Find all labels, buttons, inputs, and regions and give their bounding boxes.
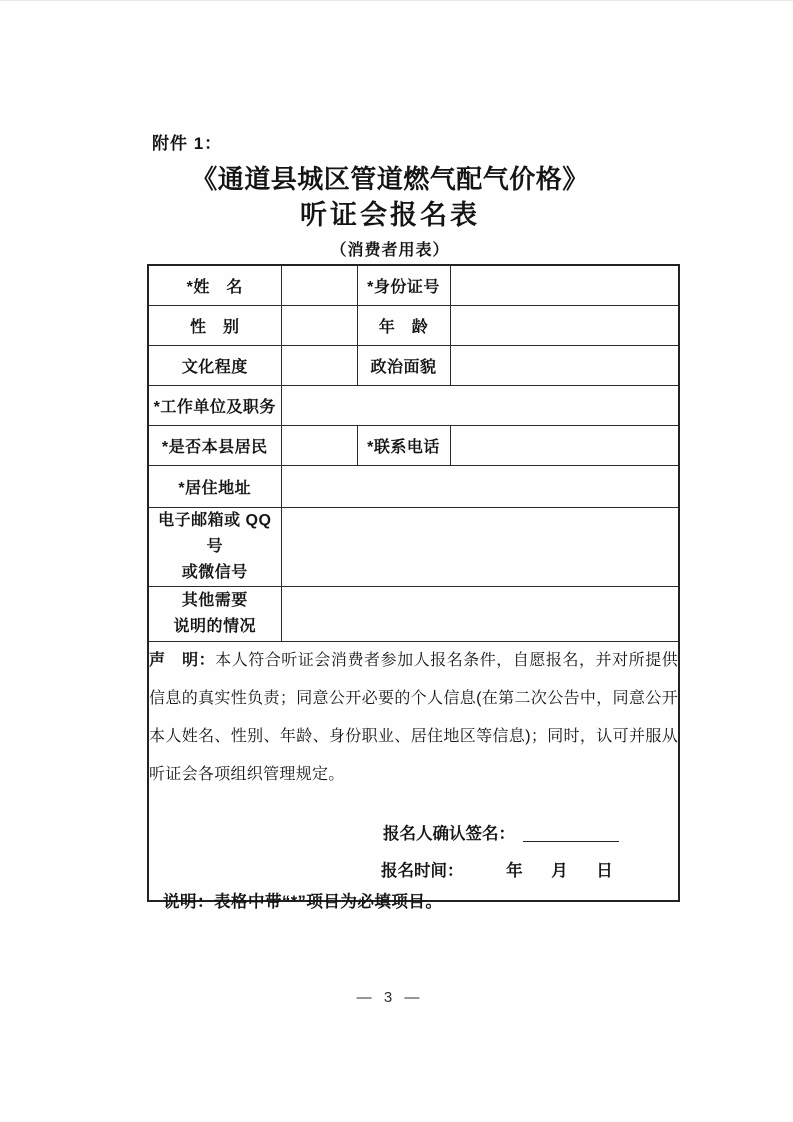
field-value-address (281, 465, 679, 507)
field-label-other-notes: 其他需要 说明的情况 (148, 586, 281, 641)
table-row-name-id: *姓 名 *身份证号 (148, 265, 679, 305)
signature-row: 报名人确认签名： (149, 822, 678, 846)
registration-form-table: *姓 名 *身份证号 性 别 年 龄 文化程度 政治面貌 *工作单位及职务 (147, 264, 680, 902)
field-label-id-number: *身份证号 (357, 265, 450, 305)
page-number: — 3 — (0, 989, 780, 1006)
signature-blank-line (523, 839, 619, 842)
field-value-political-status (450, 345, 679, 385)
registration-date-row: 报名时间： 年 月 日 (149, 859, 678, 883)
declaration-heading: 声 明： (149, 652, 215, 669)
footer-note: 说明：表格中带“*”项目为必填项目。 (163, 888, 442, 912)
field-value-education (281, 345, 357, 385)
table-row-declaration: 声 明：本人符合听证会消费者参加人报名条件，自愿报名，并对所提供 信息的真实性负… (148, 641, 679, 901)
field-value-phone (450, 425, 679, 465)
table-row-employer: *工作单位及职务 (148, 385, 679, 425)
date-month-label: 月 (551, 862, 568, 880)
document-page: 附件 1： 《通道县城区管道燃气配气价格》 听证会报名表 （消费者用表） *姓 … (0, 0, 793, 1122)
declaration-section: 声 明：本人符合听证会消费者参加人报名条件，自愿报名，并对所提供 信息的真实性负… (148, 641, 679, 901)
document-title-line2: 听证会报名表 (0, 193, 780, 232)
field-label-other-notes-line1: 其他需要 (149, 588, 281, 614)
table-row-address: *居住地址 (148, 465, 679, 507)
declaration-line: 听证会各项组织管理规定。 (149, 756, 678, 794)
field-label-email-qq-wechat: 电子邮箱或 QQ 号 或微信号 (148, 507, 281, 586)
field-label-gender: 性 别 (148, 305, 281, 345)
attachment-label: 附件 1： (152, 129, 222, 154)
field-label-employer-position: *工作单位及职务 (148, 385, 281, 425)
field-label-age: 年 龄 (357, 305, 450, 345)
field-label-other-notes-line2: 说明的情况 (149, 614, 281, 640)
field-value-local-resident (281, 425, 357, 465)
field-label-name: *姓 名 (148, 265, 281, 305)
field-label-email-qq-line2: 或微信号 (149, 560, 281, 586)
table-row-email-qq-wechat: 电子邮箱或 QQ 号 或微信号 (148, 507, 679, 586)
table-row-resident-phone: *是否本县居民 *联系电话 (148, 425, 679, 465)
field-label-address: *居住地址 (148, 465, 281, 507)
declaration-line: 信息的真实性负责；同意公开必要的个人信息(在第二次公告中，同意公开 (149, 680, 678, 718)
field-value-email-qq-wechat (281, 507, 679, 586)
field-value-gender (281, 305, 357, 345)
field-value-other-notes (281, 586, 679, 641)
document-subtitle: （消费者用表） (0, 237, 780, 260)
declaration-line: 本人姓名、性别、年龄、身份职业、居住地区等信息)；同时，认可并服从 (149, 718, 678, 756)
declaration-line1-text: 本人符合听证会消费者参加人报名条件，自愿报名，并对所提供 (215, 652, 678, 669)
declaration-line: 声 明：本人符合听证会消费者参加人报名条件，自愿报名，并对所提供 (149, 642, 678, 680)
document-title-line1: 《通道县城区管道燃气配气价格》 (0, 159, 780, 196)
date-day-label: 日 (596, 862, 613, 880)
field-value-employer-position (281, 385, 679, 425)
table-row-education-political: 文化程度 政治面貌 (148, 345, 679, 385)
table-row-other-notes: 其他需要 说明的情况 (148, 586, 679, 641)
field-label-email-qq-line1: 电子邮箱或 QQ 号 (149, 508, 281, 560)
date-year-label: 年 (506, 862, 523, 880)
field-label-local-resident: *是否本县居民 (148, 425, 281, 465)
field-label-political-status: 政治面貌 (357, 345, 450, 385)
field-value-age (450, 305, 679, 345)
registration-date-label: 报名时间： (381, 862, 464, 880)
field-value-id-number (450, 265, 679, 305)
table-row-gender-age: 性 别 年 龄 (148, 305, 679, 345)
signature-confirm-label: 报名人确认签名： (383, 825, 515, 843)
field-value-name (281, 265, 357, 305)
field-label-phone: *联系电话 (357, 425, 450, 465)
field-label-education: 文化程度 (148, 345, 281, 385)
